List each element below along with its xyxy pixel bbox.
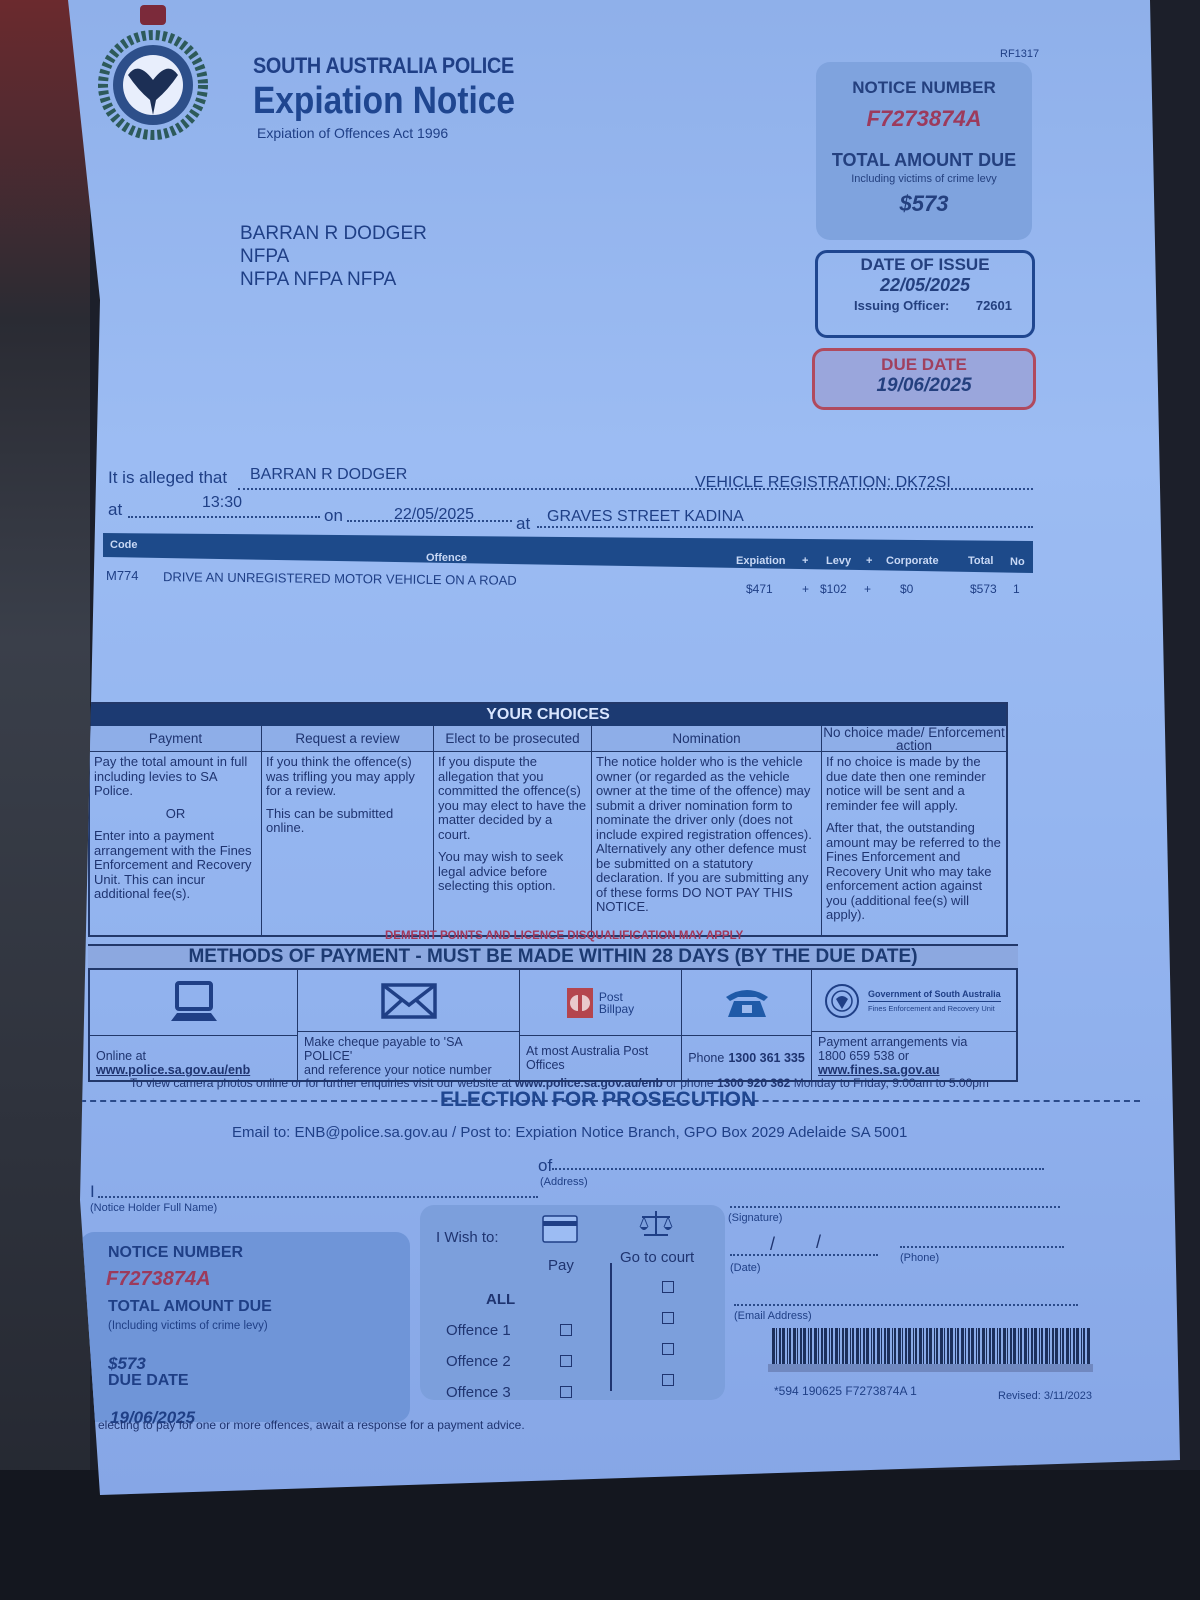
due-date-box: DUE DATE 19/06/2025 [812,348,1036,410]
choice-text: OR [94,807,257,822]
wish-row-label: Offence 2 [446,1353,511,1370]
date-separator-1: / [770,1234,775,1255]
arrangement-or: or [898,1049,909,1063]
court-checkbox[interactable] [662,1374,674,1386]
act-reference: Expiation of Offences Act 1996 [257,125,448,141]
post-brand-line1: Post [599,991,634,1003]
expiation-notice-document: SOUTH AUSTRALIA POLICE Expiation Notice … [40,0,1180,1500]
addressee-block: BARRAN R DODGER NFPA NFPA NFPA NFPA [240,222,427,291]
email-caption: (Email Address) [734,1310,812,1322]
phone-prefix: Phone [688,1051,724,1065]
barcode [768,1328,1093,1372]
stub-total-label: TOTAL AMOUNT DUE [108,1298,272,1316]
enquiries-hours: Monday to Friday, 9:00am to 5:00pm [794,1076,989,1090]
date-of-issue-label: DATE OF ISSUE [818,255,1032,275]
date-of-issue-box: DATE OF ISSUE 22/05/2025 Issuing Officer… [815,250,1035,338]
full-name-field[interactable] [98,1196,538,1198]
notice-number: F7273874A [816,106,1032,132]
wish-label: I Wish to: [436,1229,499,1246]
signature-field[interactable] [730,1206,1060,1208]
choice-column: Request a reviewIf you think the offence… [262,726,434,937]
plus-1: + [802,555,808,567]
gov-brand-line1: Government of South Australia [868,989,1001,1002]
online-link[interactable]: www.police.sa.gov.au/enb [96,1063,291,1077]
phone-number: 1300 361 335 [728,1051,804,1065]
court-checkbox[interactable] [662,1312,674,1324]
choice-text: If you think the offence(s) was trifling… [266,755,429,799]
col-levy: Levy [826,555,851,567]
court-checkbox[interactable] [662,1343,674,1355]
wish-row-label: Offence 1 [446,1322,511,1339]
gov-brand-line2: Fines Enforcement and Recovery Unit [868,1002,1001,1013]
notice-stub: NOTICE NUMBER F7273874A TOTAL AMOUNT DUE… [80,1232,410,1422]
election-title: ELECTION FOR PROSECUTION [440,1088,756,1112]
addressee-line2: NFPA [240,245,427,268]
col-total: Total [968,555,993,567]
choice-heading: Payment [90,726,261,752]
due-date: 19/06/2025 [815,375,1033,397]
full-name-caption: (Notice Holder Full Name) [90,1202,217,1214]
pay-column-label: Pay [548,1257,574,1274]
issuing-officer-label: Issuing Officer: [854,298,949,313]
choice-text: This can be submitted online. [266,807,429,836]
choice-text: Enter into a payment arrangement with th… [94,829,257,902]
stub-notice-label: NOTICE NUMBER [108,1244,243,1262]
choice-heading: No choice made/ Enforcement action [822,726,1006,752]
column-divider [610,1263,612,1391]
offence-location: GRAVES STREET KADINA [547,508,744,526]
payment-methods-table: Online at www.police.sa.gov.au/enb Make … [88,970,1018,1082]
arrangement-phone: 1800 659 538 [818,1049,894,1063]
offence-total: $573 [970,582,997,596]
alleged-dotline [238,488,1033,490]
computer-icon [169,981,219,1025]
time-dotline [128,516,320,518]
payment-method-online[interactable]: Online at www.police.sa.gov.au/enb [90,970,298,1080]
due-date-label: DUE DATE [815,355,1033,375]
stub-total-sublabel: (Including victims of crime levy) [108,1320,268,1332]
offence-description: DRIVE AN UNREGISTERED MOTOR VEHICLE ON A… [163,569,517,588]
date-of-issue: 22/05/2025 [818,275,1032,296]
cheque-line2: and reference your notice number [304,1063,513,1077]
signature-caption: (Signature) [728,1212,782,1224]
post-billpay-icon [567,988,593,1018]
telephone-icon [724,987,770,1019]
notice-number-label: NOTICE NUMBER [816,78,1032,98]
payment-method-phone: Phone 1300 361 335 [682,970,812,1080]
plus-sign: + [864,582,871,596]
choice-text: If no choice is made by the due date the… [826,755,1002,813]
offence-code: M774 [106,568,139,583]
total-amount-label: TOTAL AMOUNT DUE [816,150,1032,171]
court-column-label: Go to court [620,1249,694,1266]
pay-checkbox[interactable] [560,1324,572,1336]
choice-text: If you dispute the allegation that you c… [438,755,587,842]
location-dotline [537,526,1033,528]
col-no: No [1010,556,1025,568]
offence-table-header-bar [103,533,1033,573]
credit-card-icon [542,1215,578,1243]
plus-2: + [866,555,872,567]
addressee-line3: NFPA NFPA NFPA [240,268,427,291]
offence-corporate: $0 [900,582,913,596]
choice-column: Elect to be prosecutedIf you dispute the… [434,726,592,937]
choice-text: Pay the total amount in full including l… [94,755,257,799]
choice-column: No choice made/ Enforcement actionIf no … [822,726,1006,937]
your-choices-title: YOUR CHOICES [90,704,1006,726]
col-expiation: Expiation [736,555,786,567]
sa-government-crest-icon [824,983,860,1019]
alleged-label: It is alleged that [108,468,227,488]
election-choice-panel: I Wish to: Pay Go to court ALLOffence 1O… [420,1205,725,1400]
issuing-officer-id: 72601 [976,298,1012,313]
col-offence: Offence [426,552,467,564]
court-checkbox[interactable] [662,1281,674,1293]
offence-time: 13:30 [202,494,242,512]
election-footnote: If electing to pay for one or more offen… [88,1418,525,1432]
email-field[interactable] [734,1304,1078,1306]
choice-heading: Elect to be prosecuted [434,726,591,752]
notice-summary-box: NOTICE NUMBER F7273874A TOTAL AMOUNT DUE… [816,62,1032,240]
wish-row-label: ALL [486,1291,515,1308]
pay-checkbox[interactable] [560,1355,572,1367]
on-label: on [324,506,343,526]
offence-expiation: $471 [746,582,773,596]
date-field[interactable] [730,1254,878,1256]
stub-due-label: DUE DATE [108,1372,189,1390]
agency-name: SOUTH AUSTRALIA POLICE [253,53,514,79]
at-label: at [108,500,122,520]
stub-total-amount: $573 [108,1354,146,1374]
wish-row-label: Offence 3 [446,1384,511,1401]
alleged-name: BARRAN R DODGER [250,466,407,484]
addressee-name: BARRAN R DODGER [240,222,427,245]
total-amount-sublabel: Including victims of crime levy [816,173,1032,185]
form-code: RF1317 [1000,48,1039,60]
at2-label: at [516,514,530,534]
col-code: Code [110,539,138,551]
payment-method-arrangement: Government of South Australia Fines Enfo… [812,970,1016,1080]
choice-heading: Request a review [262,726,433,752]
choice-text: The notice holder who is the vehicle own… [596,755,817,915]
fines-link[interactable]: www.fines.sa.gov.au [818,1063,940,1077]
post-office-label: At most Australia Post Offices [526,1044,675,1072]
offence-number: 1 [1013,582,1020,596]
offence-levy: $102 [820,582,847,596]
scales-of-justice-icon [638,1209,674,1239]
background-left [0,0,90,1600]
sa-police-crest-icon [98,5,208,155]
total-amount: $573 [816,191,1032,217]
address-caption: (Address) [540,1176,588,1188]
online-label: Online at [96,1049,291,1063]
post-brand-line2: Billpay [599,1003,634,1015]
choice-column: PaymentPay the total amount in full incl… [90,726,262,937]
date-dotline [347,520,512,522]
i-label: I [90,1182,95,1202]
date-separator-2: / [816,1232,821,1253]
choice-heading: Nomination [592,726,821,752]
your-choices-table: YOUR CHOICES PaymentPay the total amount… [88,702,1008,937]
choice-text: You may wish to seek legal advice before… [438,850,587,894]
plus-sign: + [802,582,809,596]
phone-caption: (Phone) [900,1252,939,1264]
envelope-icon [381,983,437,1019]
revised-date: Revised: 3/11/2023 [998,1390,1092,1402]
barcode-text: *594 190625 F7273874A 1 [774,1384,917,1398]
stub-notice-number: F7273874A [106,1268,211,1291]
choice-text: After that, the outstanding amount may b… [826,821,1002,923]
document-title: Expiation Notice [253,80,515,123]
payment-method-cheque: Make cheque payable to 'SA POLICE' and r… [298,970,520,1080]
demerit-warning: DEMERIT POINTS AND LICENCE DISQUALIFICAT… [385,930,743,942]
of-label: of [538,1156,552,1176]
arrangement-label: Payment arrangements via [818,1035,1010,1049]
phone-field[interactable] [900,1246,1064,1248]
address-field[interactable] [552,1168,1044,1170]
cheque-line1: Make cheque payable to 'SA POLICE' [304,1035,513,1063]
payment-method-post-billpay: Post Billpay At most Australia Post Offi… [520,970,682,1080]
payment-methods-title: METHODS OF PAYMENT - MUST BE MADE WITHIN… [88,944,1018,970]
col-corporate: Corporate [886,555,939,567]
election-contact: Email to: ENB@police.sa.gov.au / Post to… [232,1124,907,1141]
pay-checkbox[interactable] [560,1386,572,1398]
date-caption: (Date) [730,1262,761,1274]
choice-column: NominationThe notice holder who is the v… [592,726,822,937]
